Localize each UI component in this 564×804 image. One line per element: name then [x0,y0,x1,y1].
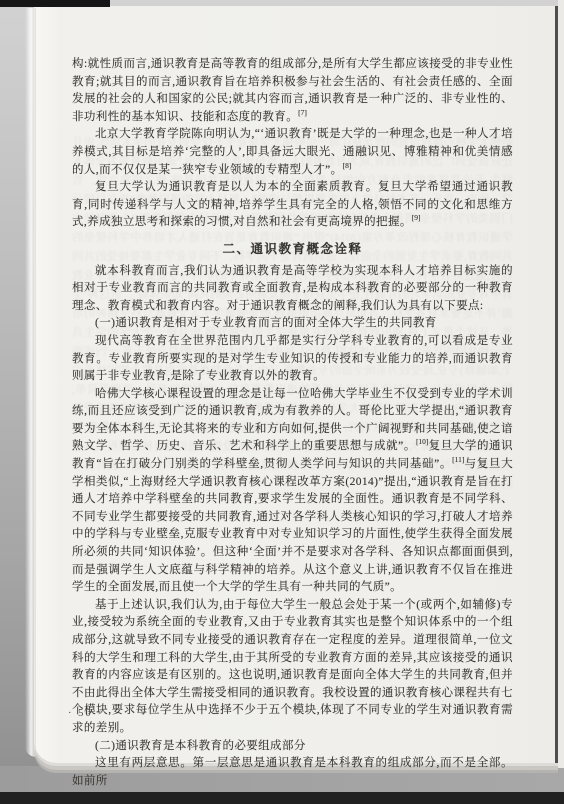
text-run: 复旦大学认为通识教育是以人为本的全面素质教育。复旦大学希望通过通识教育,同时传递… [72,181,513,228]
book-page: 哈佛大学核心课程设置的理念是让每一位哈佛大学毕业生不仅受到专业的学术训练,而且还… [34,6,558,763]
paragraph: 构:就性质而言,通识教育是高等教育的组成部分,是所有大学生都应该接受的非专业性教… [72,56,513,126]
paragraph: 复旦大学认为通识教育是以人为本的全面素质教育。复旦大学希望通过通识教育,同时传递… [72,179,513,232]
paragraph: 现代高等教育在全世界范围内几乎都是实行分学科专业教育的,可以看成是专业教育。专业… [72,333,513,386]
paragraph: 基于上述认识,我们认为,由于每位大学生一般总会处于某一个(或两个,如辅修)专业,… [72,597,513,738]
paragraph: 哈佛大学核心课程设置的理念是让每一位哈佛大学毕业生不仅受到专业的学术训练,而且还… [72,386,513,597]
text-run: 北京大学教育学院陈向明认为,“‘通识教育’既是大学的一种理念,也是一种人才培养模… [72,128,513,175]
text-column: 构:就性质而言,通识教育是高等教育的组成部分,是所有大学生都应该接受的非专业性教… [72,56,513,790]
text-run: 与复旦大学相类似,“上海财经大学通识教育核心课程改革方案(2014)”提出,“通… [72,458,513,593]
text-run: 二、通识教育概念诠释 [222,242,362,256]
paragraph: 就本科教育而言,我们认为通识教育是高等学校为实现本科人才培养目标实施的相对于专业… [72,263,513,316]
paragraph: 这里有两层意思。第一层意思是通识教育是本科教育的组成部分,而不是全部。如前所 [72,755,513,790]
page-edge-sliver [558,0,564,768]
text-run: 基于上述认识,我们认为,由于每位大学生一般总会处于某一个(或两个,如辅修)专业,… [72,599,513,734]
text-run: (一)通识教育是相对于专业教育而言的面对全体大学生的共同教育 [95,317,437,329]
footnote-marker: [11] [452,455,464,464]
footnote-marker: [8] [343,161,352,170]
scanned-book-page-scene: 哈佛大学核心课程设置的理念是让每一位哈佛大学毕业生不仅受到专业的学术训练,而且还… [0,0,564,804]
footnote-marker: [9] [412,214,421,223]
sub-heading: (二)通识教育是本科教育的必要组成部分 [72,738,513,756]
text-run: (二)通识教育是本科教育的必要组成部分 [95,740,306,752]
text-run: 就本科教育而言,我们认为通识教育是高等学校为实现本科人才培养目标实施的相对于专业… [72,265,513,312]
footnote-marker: [10] [416,438,429,447]
section-heading: 二、通识教育概念诠释 [72,241,513,259]
scanner-edge-artifact [0,0,110,7]
paragraph: 北京大学教育学院陈向明认为,“‘通识教育’既是大学的一种理念,也是一种人才培养模… [72,126,513,179]
text-run: 构:就性质而言,通识教育是高等教育的组成部分,是所有大学生都应该接受的非专业性教… [72,58,513,123]
page-number: · 50 · [68,708,103,719]
sub-heading: (一)通识教育是相对于专业教育而言的面对全体大学生的共同教育 [72,315,513,333]
footnote-marker: [7] [298,108,307,117]
text-run: 现代高等教育在全世界范围内几乎都是实行分学科专业教育的,可以看成是专业教育。专业… [72,335,513,382]
scanner-bed-shadow [0,792,564,804]
text-run: 这里有两层意思。第一层意思是通识教育是本科教育的组成部分,而不是全部。如前所 [72,757,513,787]
